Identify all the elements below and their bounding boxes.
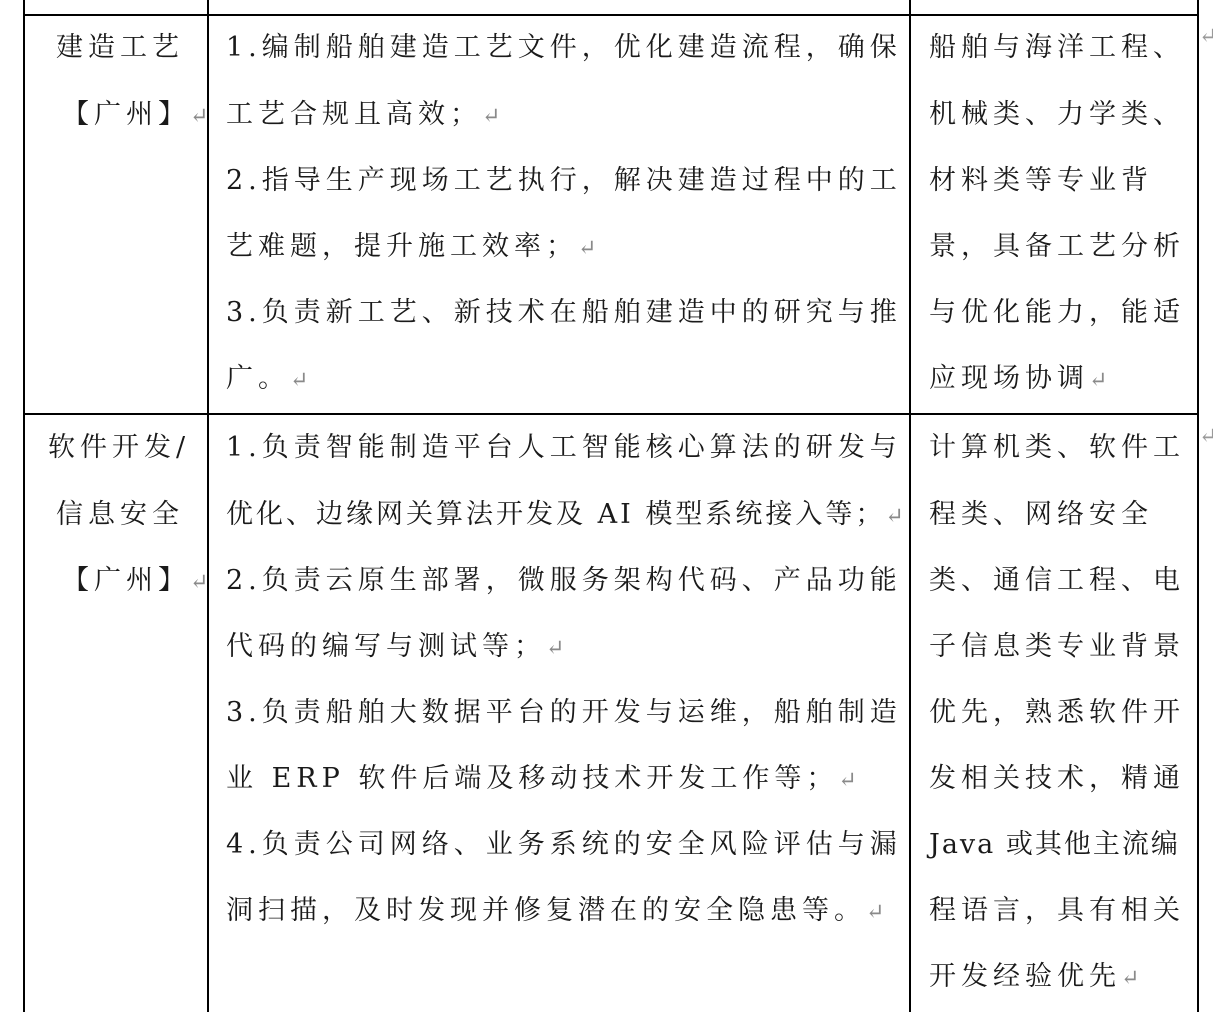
row-end-mark-icon: ↵ [1199,24,1213,49]
paragraph-mark-icon: ↵ [1089,368,1107,393]
paragraph-mark-icon: ↵ [578,236,596,261]
requirement-line: 程语言，具有相关 [929,895,1185,927]
duty-line: 广。↵ [226,363,308,397]
duty-line: 3.负责船舶大数据平台的开发与运维，船舶制造 [226,697,902,729]
table-border-left [23,0,25,1012]
table-border-col1 [207,0,209,1012]
paragraph-mark-icon: ↵ [190,104,208,129]
position-name: 建造工艺 [56,32,184,64]
requirement-line: 开发经验优先↵ [929,961,1139,995]
row-end-mark-icon: ↵ [1199,424,1213,449]
requirement-line: 船舶与海洋工程、 [929,32,1185,64]
table-border-col2 [909,0,911,1012]
paragraph-mark-icon: ↵ [190,570,208,595]
duty-line: 艺难题，提升施工效率；↵ [226,231,596,265]
duty-line: 2.负责云原生部署，微服务架构代码、产品功能 [226,565,902,597]
requirement-line: 优先，熟悉软件开 [929,697,1185,729]
duty-line: 工艺合规且高效；↵ [226,99,500,133]
paragraph-mark-icon: ↵ [482,104,500,129]
duty-line: 业 ERP 软件后端及移动技术开发工作等；↵ [226,763,857,797]
requirement-line: 机械类、力学类、 [929,99,1185,131]
duty-line: 3.负责新工艺、新技术在船舶建造中的研究与推 [226,297,902,329]
position-location: 【广州】↵ [62,565,208,599]
duty-line: 1.编制船舶建造工艺文件，优化建造流程，确保 [226,32,902,64]
requirement-line: 应现场协调↵ [929,363,1107,397]
requirement-line: 子信息类专业背景 [929,631,1185,663]
position-location: 【广州】↵ [62,99,208,133]
paragraph-mark-icon: ↵ [546,636,564,661]
duty-line: 4.负责公司网络、业务系统的安全风险评估与漏 [226,829,902,861]
duty-line: 1.负责智能制造平台人工智能核心算法的研发与 [226,432,902,464]
paragraph-mark-icon: ↵ [885,504,903,529]
paragraph-mark-icon: ↵ [290,368,308,393]
paragraph-mark-icon: ↵ [1121,966,1139,991]
requirement-line: 景，具备工艺分析 [929,231,1185,263]
duty-line: 2.指导生产现场工艺执行，解决建造过程中的工 [226,165,902,197]
duty-line: 优化、边缘网关算法开发及 AI 模型系统接入等；↵ [226,499,904,533]
requirement-line: 类、通信工程、电 [929,565,1185,597]
requirement-line: 程类、网络安全 [929,499,1153,531]
table-border-right [1197,0,1199,1012]
position-name: 信息安全 [56,499,184,531]
position-name: 软件开发/ [48,432,190,464]
requirement-line: 发相关技术，精通 [929,763,1185,795]
table-row-border [23,14,1199,16]
paragraph-mark-icon: ↵ [838,768,856,793]
requirement-line: 计算机类、软件工 [929,432,1185,464]
requirement-line: Java 或其他主流编 [929,829,1180,861]
requirement-line: 材料类等专业背 [929,165,1153,197]
duty-line: 代码的编写与测试等；↵ [226,631,564,665]
requirement-line: 与优化能力，能适 [929,297,1185,329]
table-row-border [23,413,1199,415]
duty-line: 洞扫描，及时发现并修复潜在的安全隐患等。↵ [226,895,884,929]
paragraph-mark-icon: ↵ [866,900,884,925]
